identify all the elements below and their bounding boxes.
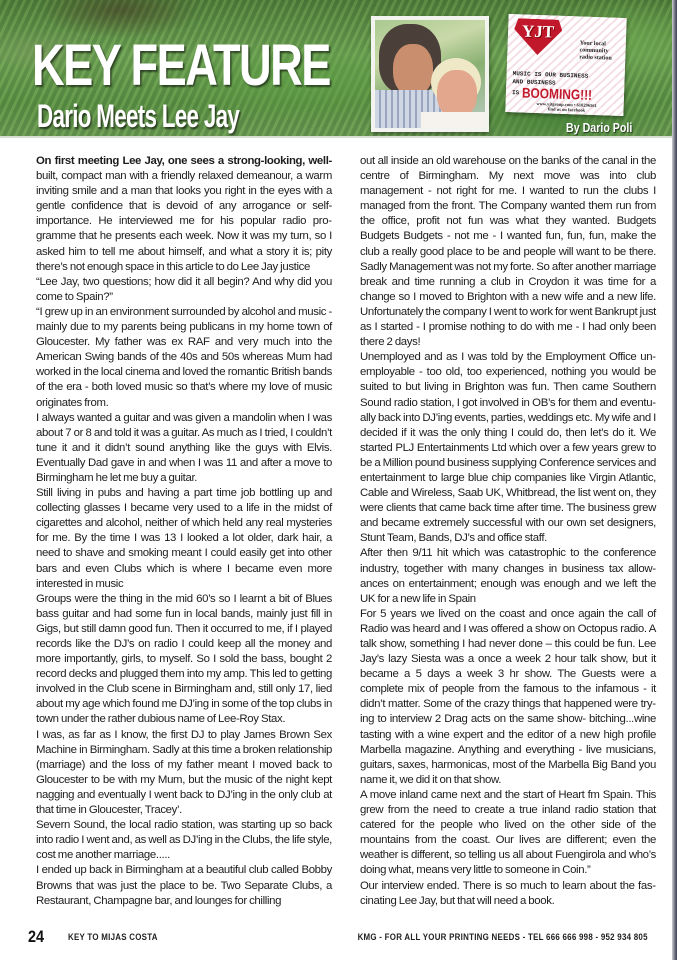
- ad-booming: BOOMING!!!: [522, 85, 593, 101]
- paragraph: “Lee Jay, two questions; how did it all …: [36, 275, 332, 305]
- section-title: KEY FEATURE: [32, 36, 330, 96]
- paragraph: I ended up back in Birmingham at a beaut…: [36, 863, 332, 908]
- page-footer: 24 KEY TO MIJAS COSTA KMG - FOR ALL YOUR…: [28, 927, 648, 947]
- paragraph: “I grew up in an environment surrounded …: [36, 305, 332, 411]
- paragraph: Groups were the thing in the mid 60’s so…: [36, 592, 332, 728]
- byline: By Dario Poli: [566, 120, 632, 135]
- yjt-radio-ad: YJT Your local community radio station M…: [505, 14, 626, 116]
- article-title: Dario Meets Lee Jay: [37, 99, 239, 133]
- paragraph: For 5 years we lived on the coast and on…: [360, 607, 656, 788]
- header-banner: KEY FEATURE Dario Meets Lee Jay YJT Your…: [0, 0, 672, 138]
- lead-in: On first meeting Lee Jay, one sees a str…: [36, 155, 332, 167]
- paragraph: A move inland came next and the start of…: [360, 788, 656, 879]
- paragraph-text: built, compact man with a friendly relax…: [36, 170, 332, 273]
- header-divider: [0, 136, 672, 138]
- page-gutter-edge: [672, 0, 677, 960]
- paragraph: out all inside an old warehouse on the b…: [360, 154, 656, 350]
- ad-tagline: Your local community radio station: [579, 40, 624, 63]
- paragraph: Severn Sound, the local radio station, w…: [36, 818, 332, 863]
- footer-advert: KMG - FOR ALL YOUR PRINTING NEEDS - TEL …: [358, 932, 648, 943]
- paragraph: Unemployed and as I was told by the Empl…: [360, 350, 656, 546]
- portrait-photo: [371, 16, 489, 132]
- paragraph: Our interview ended. There is so much to…: [360, 879, 656, 909]
- article-column-left: On first meeting Lee Jay, one sees a str…: [36, 154, 332, 918]
- paragraph: On first meeting Lee Jay, one sees a str…: [36, 154, 332, 275]
- article-body: On first meeting Lee Jay, one sees a str…: [36, 154, 656, 918]
- paragraph: Still living in pubs and having a part t…: [36, 486, 332, 592]
- photo-image: [375, 20, 485, 128]
- ad-logo-text: YJT: [516, 21, 561, 43]
- paragraph: I was, as far as I know, the first DJ to…: [36, 728, 332, 819]
- magazine-page: KEY FEATURE Dario Meets Lee Jay YJT Your…: [0, 0, 677, 960]
- ad-is: IS: [512, 89, 519, 96]
- article-column-right: out all inside an old warehouse on the b…: [360, 154, 656, 918]
- paragraph: After then 9/11 hit which was catastroph…: [360, 546, 656, 606]
- page-number: 24: [28, 927, 44, 947]
- paragraph: I always wanted a guitar and was given a…: [36, 411, 332, 486]
- publication-name: KEY TO MIJAS COSTA: [68, 932, 158, 943]
